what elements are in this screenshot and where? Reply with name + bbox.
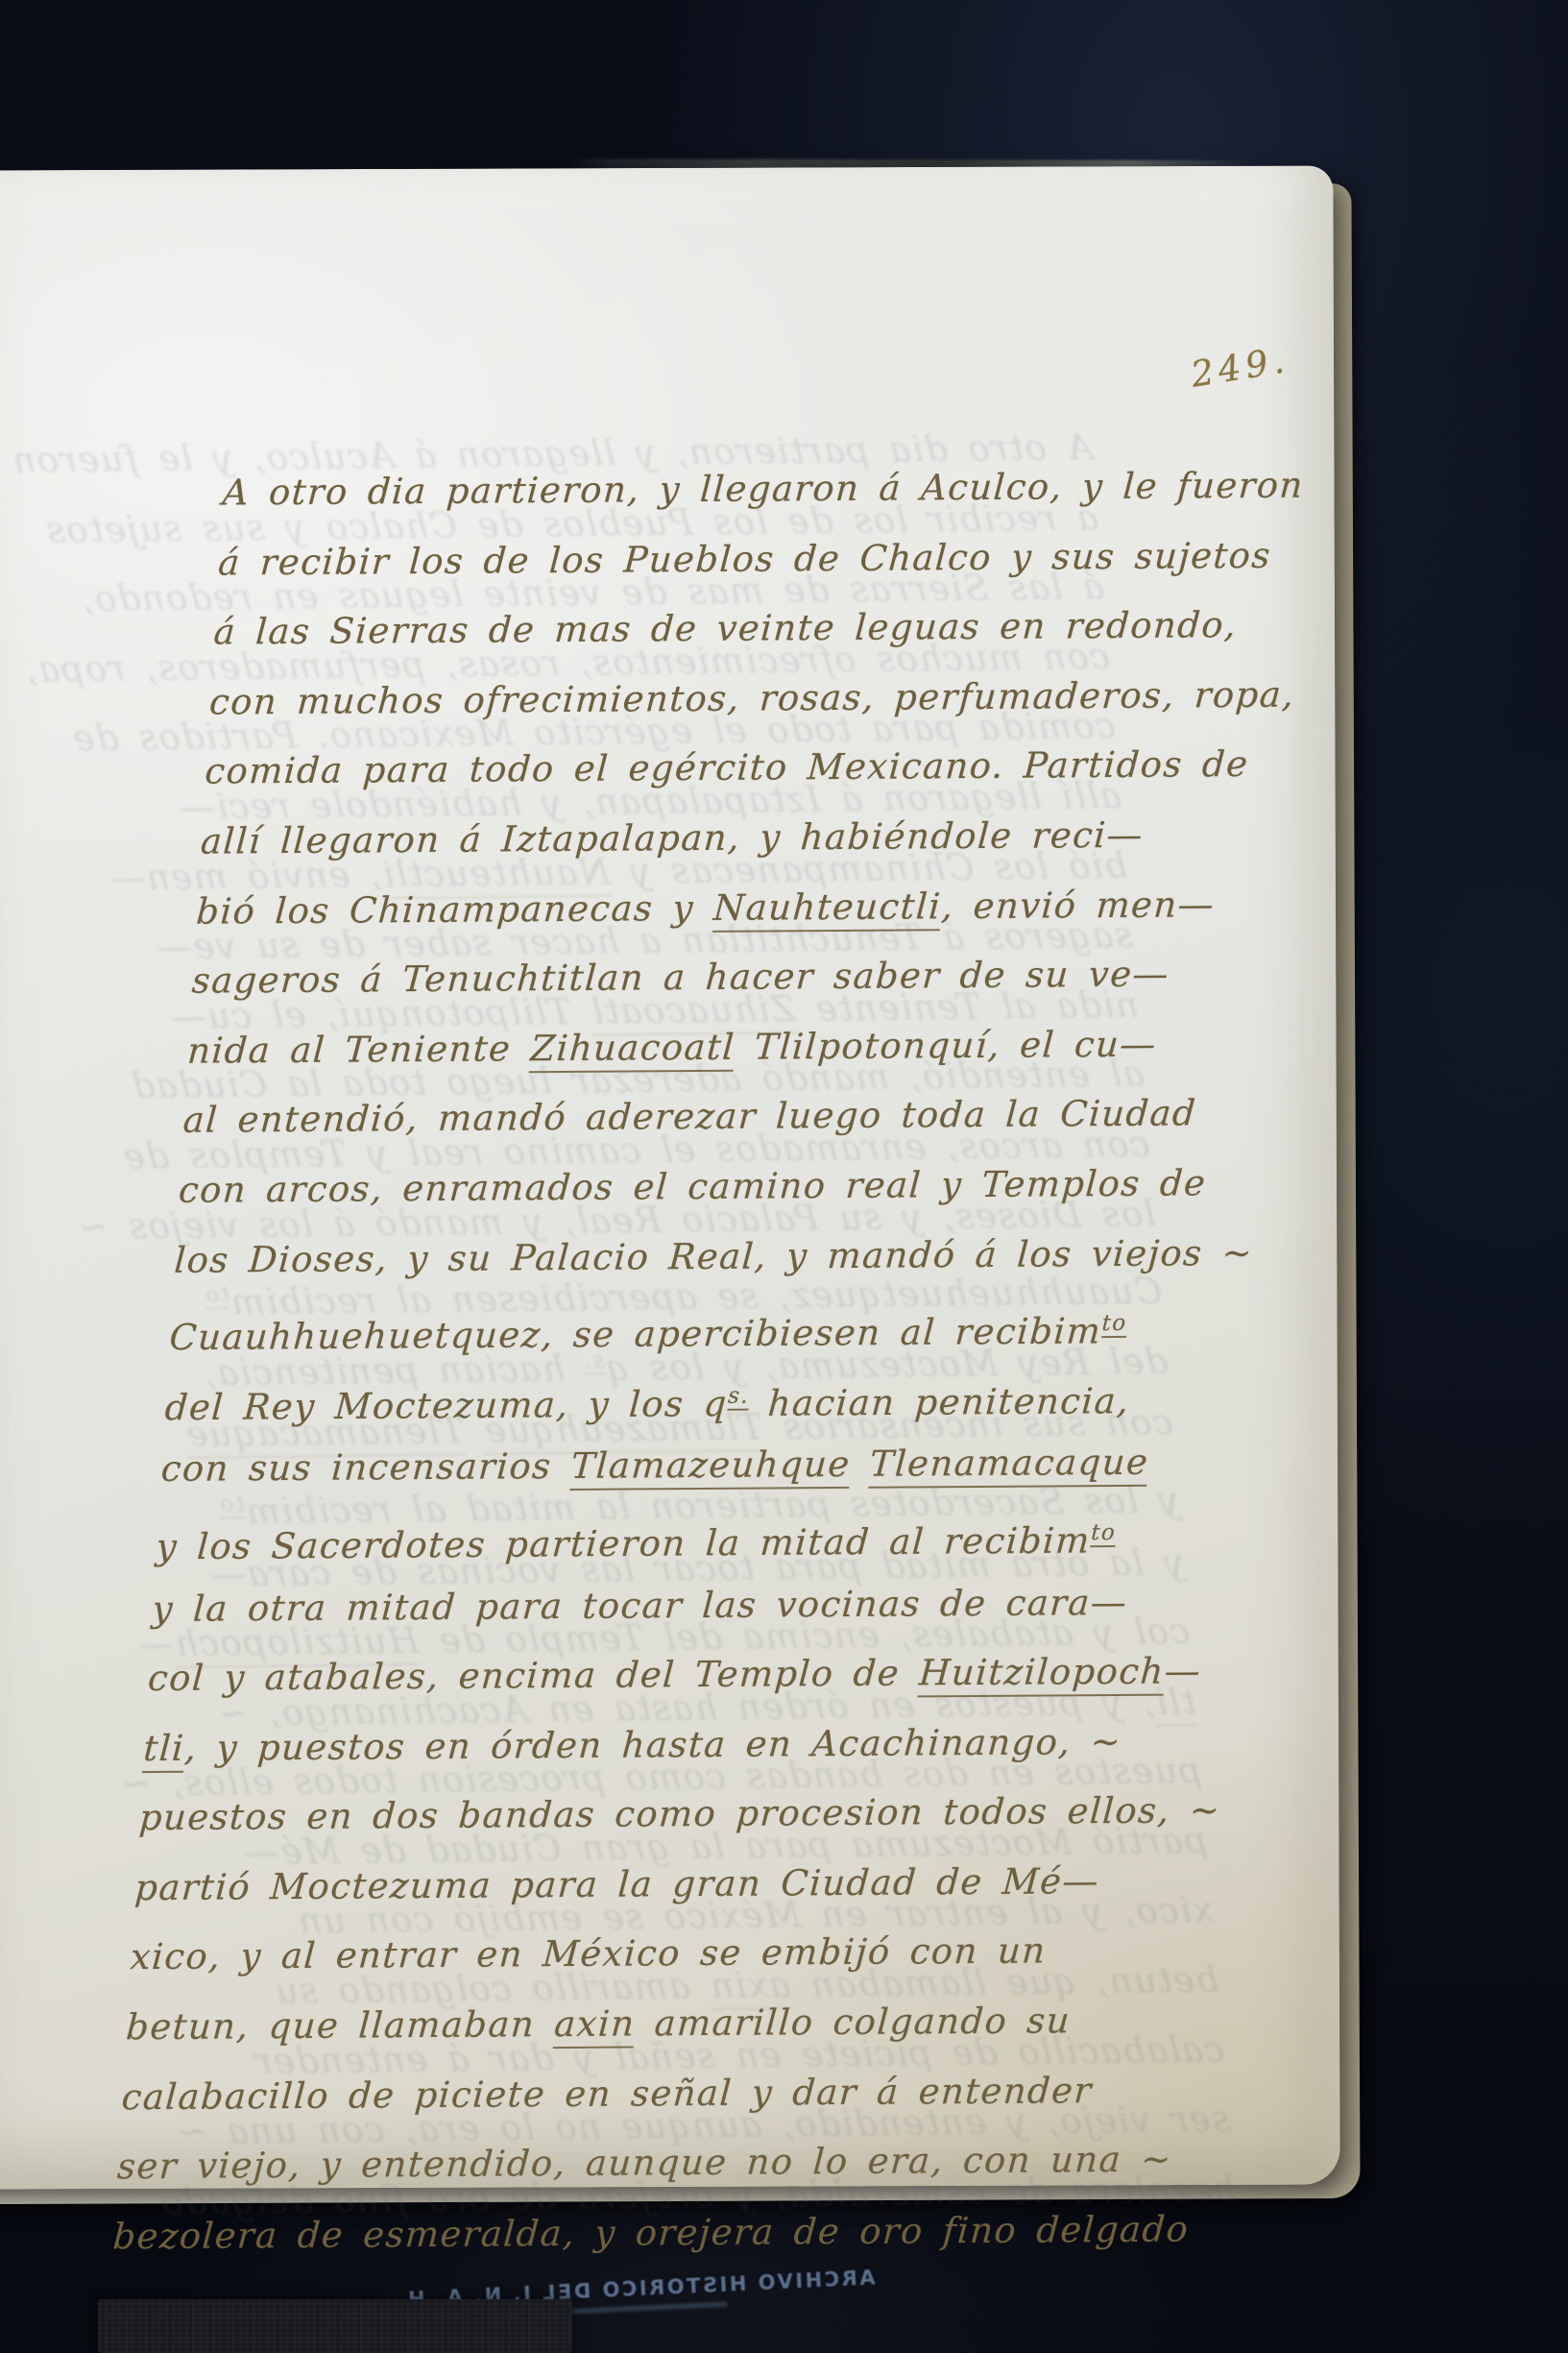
text-segment: puestos en dos bandas como procesion tod… xyxy=(138,1789,1222,1838)
binding-tape-strip xyxy=(98,2299,572,2353)
manuscript-line: Cuauhhuehuetquez, se apercibiesen al rec… xyxy=(168,1288,1335,1366)
manuscript-line: tli, y puestos en órden hasta en Acachin… xyxy=(141,1706,1308,1783)
text-segment: allí llegaron á Iztapalapan, y habiéndol… xyxy=(200,814,1146,862)
manuscript-line: allí llegaron á Iztapalapan, y habiéndol… xyxy=(199,799,1365,877)
text-segment: con sus incensarios xyxy=(160,1445,573,1490)
manuscript-line: bezolera de esmeralda, y orejera de oro … xyxy=(110,2195,1277,2272)
manuscript-line: bió los Chinampanecas y Nauhteuctli, env… xyxy=(194,869,1361,947)
manuscript-text: A otro dia partieron, y llegaron á Aculc… xyxy=(110,450,1387,2272)
manuscript-line: al entendió, mandó aderezar luego toda l… xyxy=(181,1079,1347,1156)
manuscript-line: con sus incensarios Tlamazeuhque Tlenama… xyxy=(159,1427,1326,1505)
text-segment: hacian penitencia, xyxy=(747,1380,1130,1424)
manuscript-line: á las Sierras de mas de veinte leguas en… xyxy=(211,590,1378,667)
text-segment: y la otra mitad para tocar las vocinas d… xyxy=(151,1581,1128,1629)
manuscript-line: y la otra mitad para tocar las vocinas d… xyxy=(150,1566,1316,1644)
manuscript-line: los Dioses, y su Palacio Real, y mandó á… xyxy=(172,1218,1339,1296)
underlined-word: tli xyxy=(142,1727,186,1772)
text-segment: to xyxy=(1090,1520,1117,1547)
manuscript-scan-photo: A otro dia partieron, y llegaron á Aculc… xyxy=(0,0,1568,2353)
manuscript-line: con muchos ofrecimientos, rosas, perfuma… xyxy=(207,660,1374,738)
text-segment: A otro dia partieron, y llegaron á Aculc… xyxy=(221,465,1305,514)
manuscript-line: con arcos, enramados el camino real y Te… xyxy=(177,1148,1343,1225)
text-segment: ser viejo, y entendido, aunque no lo era… xyxy=(116,2139,1173,2188)
text-segment: bió los Chinampanecas y xyxy=(195,886,714,932)
manuscript-line: ser viejo, y entendido, aunque no lo era… xyxy=(115,2124,1282,2202)
manuscript-line: puestos en dos bandas como procesion tod… xyxy=(137,1776,1304,1854)
underlined-word: Zihuacoatl xyxy=(529,1026,736,1073)
text-segment: , envió men— xyxy=(940,884,1216,927)
text-segment: á recibir los de los Pueblos de Chalco y… xyxy=(217,534,1272,583)
text-segment xyxy=(849,1443,871,1485)
text-segment: calabacillo de piciete en señal y dar á … xyxy=(120,2070,1094,2118)
manuscript-line: col y atabales, encima del Templo de Hui… xyxy=(146,1637,1313,1714)
text-segment: al entendió, mandó aderezar luego toda l… xyxy=(181,1093,1197,1141)
manuscript-line: y los Sacerdotes partieron la mitad al r… xyxy=(155,1496,1321,1574)
text-segment: Cuauhhuehuetquez, se apercibiesen al rec… xyxy=(168,1311,1102,1359)
text-segment: xico, y al entrar en México se embijó co… xyxy=(130,1930,1048,1978)
manuscript-page: A otro dia partieron, y llegaron á Aculc… xyxy=(0,166,1340,2190)
text-segment: sageros á Tenuchtitlan a hacer saber de … xyxy=(191,954,1171,1002)
manuscript-line: xico, y al entrar en México se embijó co… xyxy=(129,1915,1295,1993)
text-segment: del Rey Moctezuma, y los q xyxy=(164,1383,730,1428)
manuscript-line: betun, que llamaban axin amarillo colgan… xyxy=(124,1985,1291,2063)
text-segment: s. xyxy=(727,1383,750,1410)
text-segment: nida al Teniente xyxy=(186,1028,532,1072)
text-segment: , y puestos en órden hasta en Acachinang… xyxy=(183,1721,1123,1769)
underlined-word: Tlenamacaque xyxy=(868,1442,1149,1489)
text-segment: comida para todo el egército Mexicano. P… xyxy=(204,743,1250,792)
text-segment: Tlilpotonquí, el cu— xyxy=(734,1023,1158,1067)
manuscript-line: A otro dia partieron, y llegaron á Aculc… xyxy=(221,450,1387,528)
text-segment: los Dioses, y su Palacio Real, y mandó á… xyxy=(173,1231,1254,1280)
page-number: 249. xyxy=(1188,339,1291,396)
text-segment: bezolera de esmeralda, y orejera de oro … xyxy=(111,2208,1190,2257)
underlined-word: Huitzilopoch xyxy=(918,1651,1167,1698)
underlined-word: Nauhteuctli xyxy=(712,885,942,933)
text-segment: á las Sierras de mas de veinte leguas en… xyxy=(212,604,1238,652)
manuscript-line: comida para todo el egército Mexicano. P… xyxy=(203,729,1369,807)
text-segment: y los Sacerdotes partieron la mitad al r… xyxy=(155,1519,1092,1567)
text-segment: con muchos ofrecimientos, rosas, perfuma… xyxy=(208,673,1296,722)
text-segment: col y atabales, encima del Templo de xyxy=(147,1652,921,1699)
text-segment: to xyxy=(1101,1311,1128,1338)
text-segment: partió Moctezuma para la gran Ciudad de … xyxy=(133,1860,1100,1908)
manuscript-line: nida al Teniente Zihuacoatl Tlilpotonquí… xyxy=(185,1008,1352,1086)
text-segment: — xyxy=(1163,1650,1202,1691)
underlined-word: Tlamazeuhque xyxy=(569,1443,852,1491)
text-segment: betun, que llamaban xyxy=(125,2003,556,2048)
text-segment: con arcos, enramados el camino real y Te… xyxy=(178,1162,1208,1210)
manuscript-line: á recibir los de los Pueblos de Chalco y… xyxy=(216,521,1383,598)
text-segment: amarillo colgando su xyxy=(634,2000,1072,2044)
manuscript-line: calabacillo de piciete en señal y dar á … xyxy=(119,2054,1286,2132)
archive-stamp-smudge xyxy=(545,2302,728,2316)
manuscript-line: del Rey Moctezuma, y los qs. hacian peni… xyxy=(163,1357,1330,1435)
manuscript-line: sageros á Tenuchtitlan a hacer saber de … xyxy=(190,938,1357,1016)
manuscript-line: partió Moctezuma para la gran Ciudad de … xyxy=(133,1846,1299,1924)
underlined-word: axin xyxy=(553,2003,637,2050)
